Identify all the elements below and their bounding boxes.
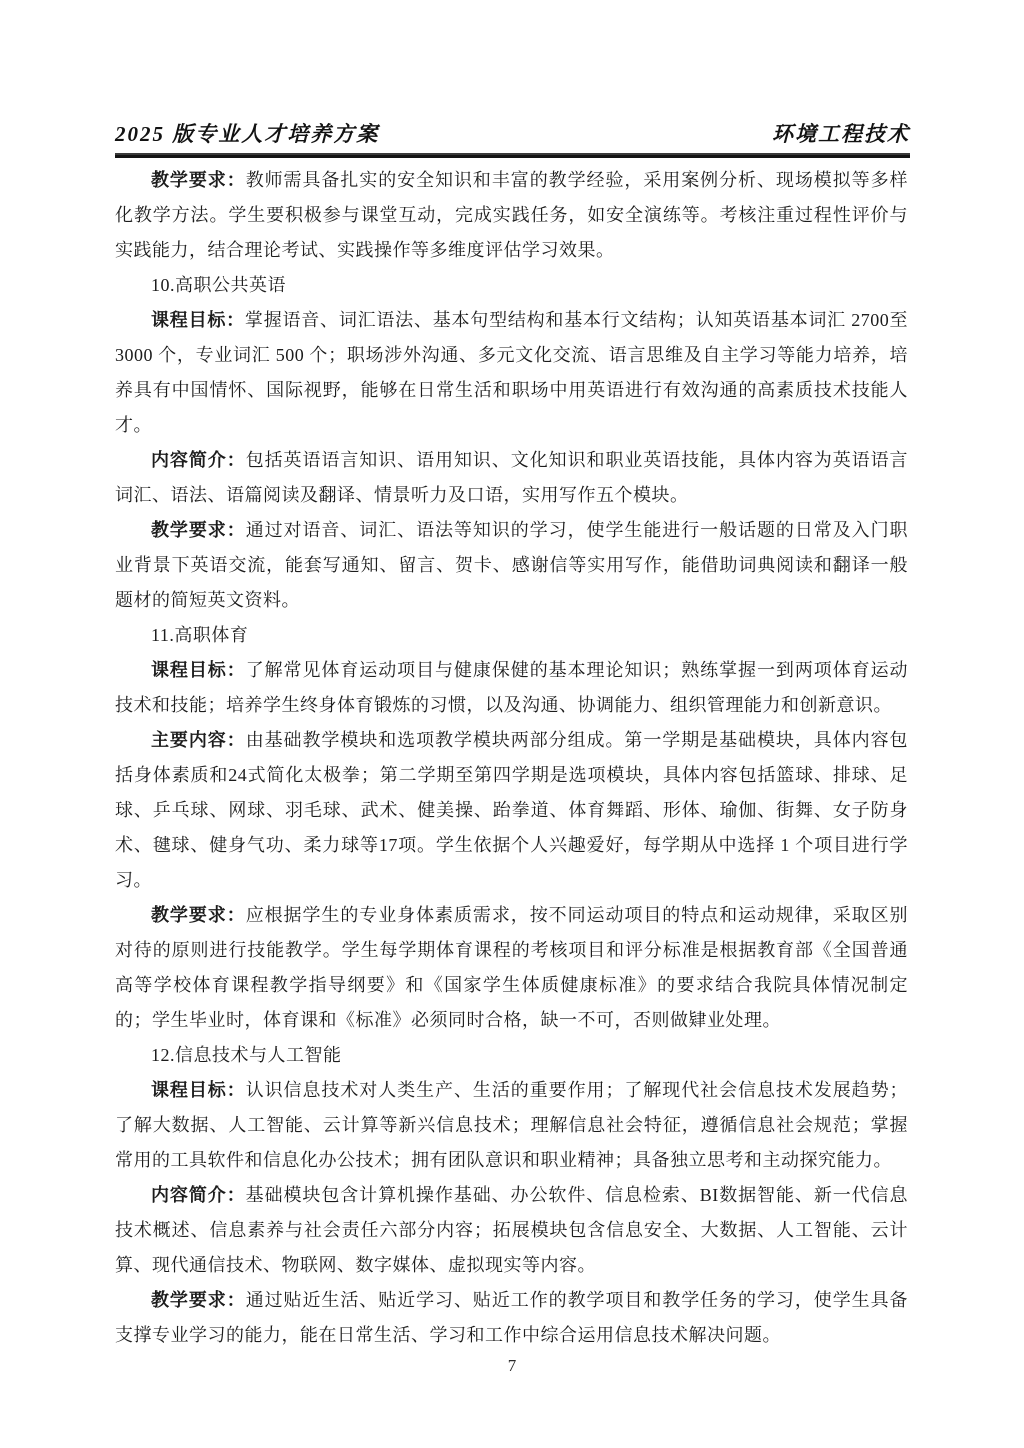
page-header-row: 2025 版专业人才培养方案 环境工程技术 — [115, 118, 910, 148]
paragraph: 课程目标：了解常见体育运动项目与健康保健的基本理论知识；熟练掌握一到两项体育运动… — [115, 653, 908, 723]
paragraph: 课程目标：认识信息技术对人类生产、生活的重要作用；了解现代社会信息技术发展趋势；… — [115, 1073, 908, 1178]
document-page: 2025 版专业人才培养方案 环境工程技术 教学要求：教师需具备扎实的安全知识和… — [0, 0, 1024, 1448]
paragraph: 12.信息技术与人工智能 — [115, 1038, 908, 1073]
paragraph-text: 12.信息技术与人工智能 — [151, 1045, 342, 1065]
paragraph: 10.高职公共英语 — [115, 268, 908, 303]
paragraph: 课程目标：掌握语音、词汇语法、基本句型结构和基本行文结构；认知英语基本词汇 27… — [115, 303, 908, 443]
paragraph-lead: 内容简介： — [151, 1185, 246, 1205]
paragraph-text: 11.高职体育 — [151, 625, 248, 645]
paragraph-lead: 教学要求： — [151, 905, 246, 925]
paragraph: 教学要求：应根据学生的专业身体素质需求，按不同运动项目的特点和运动规律，采取区别… — [115, 898, 908, 1038]
paragraph-lead: 教学要求： — [151, 170, 246, 190]
paragraph: 主要内容：由基础教学模块和选项教学模块两部分组成。第一学期是基础模块，具体内容包… — [115, 723, 908, 898]
header-right-title: 环境工程技术 — [772, 118, 910, 148]
paragraph-lead: 课程目标： — [151, 660, 246, 680]
paragraph-text: 由基础教学模块和选项教学模块两部分组成。第一学期是基础模块，具体内容包括身体素质… — [115, 730, 908, 890]
paragraph: 教学要求：通过对语音、词汇、语法等知识的学习，使学生能进行一般话题的日常及入门职… — [115, 513, 908, 618]
paragraph: 教学要求：教师需具备扎实的安全知识和丰富的教学经验，采用案例分析、现场模拟等多样… — [115, 163, 908, 268]
paragraph: 教学要求：通过贴近生活、贴近学习、贴近工作的教学项目和教学任务的学习，使学生具备… — [115, 1283, 908, 1353]
page-number: 7 — [508, 1356, 517, 1375]
page-header: 2025 版专业人才培养方案 环境工程技术 — [115, 118, 910, 158]
header-rule-divider — [115, 153, 910, 158]
page-footer: 7 — [0, 1356, 1024, 1376]
paragraph: 内容简介：包括英语语言知识、语用知识、文化知识和职业英语技能，具体内容为英语语言… — [115, 443, 908, 513]
paragraph-lead: 主要内容： — [151, 730, 246, 750]
paragraph-lead: 内容简介： — [151, 450, 246, 470]
paragraph: 内容简介：基础模块包含计算机操作基础、办公软件、信息检索、BI数据智能、新一代信… — [115, 1178, 908, 1283]
paragraph: 11.高职体育 — [115, 618, 908, 653]
paragraph-lead: 课程目标： — [151, 310, 245, 330]
paragraph-lead: 教学要求： — [151, 520, 246, 540]
document-body: 教学要求：教师需具备扎实的安全知识和丰富的教学经验，采用案例分析、现场模拟等多样… — [115, 163, 908, 1353]
paragraph-lead: 教学要求： — [151, 1290, 246, 1310]
paragraph-lead: 课程目标： — [151, 1080, 246, 1100]
paragraph-text: 10.高职公共英语 — [151, 275, 286, 295]
header-left-title: 2025 版专业人才培养方案 — [115, 118, 379, 148]
